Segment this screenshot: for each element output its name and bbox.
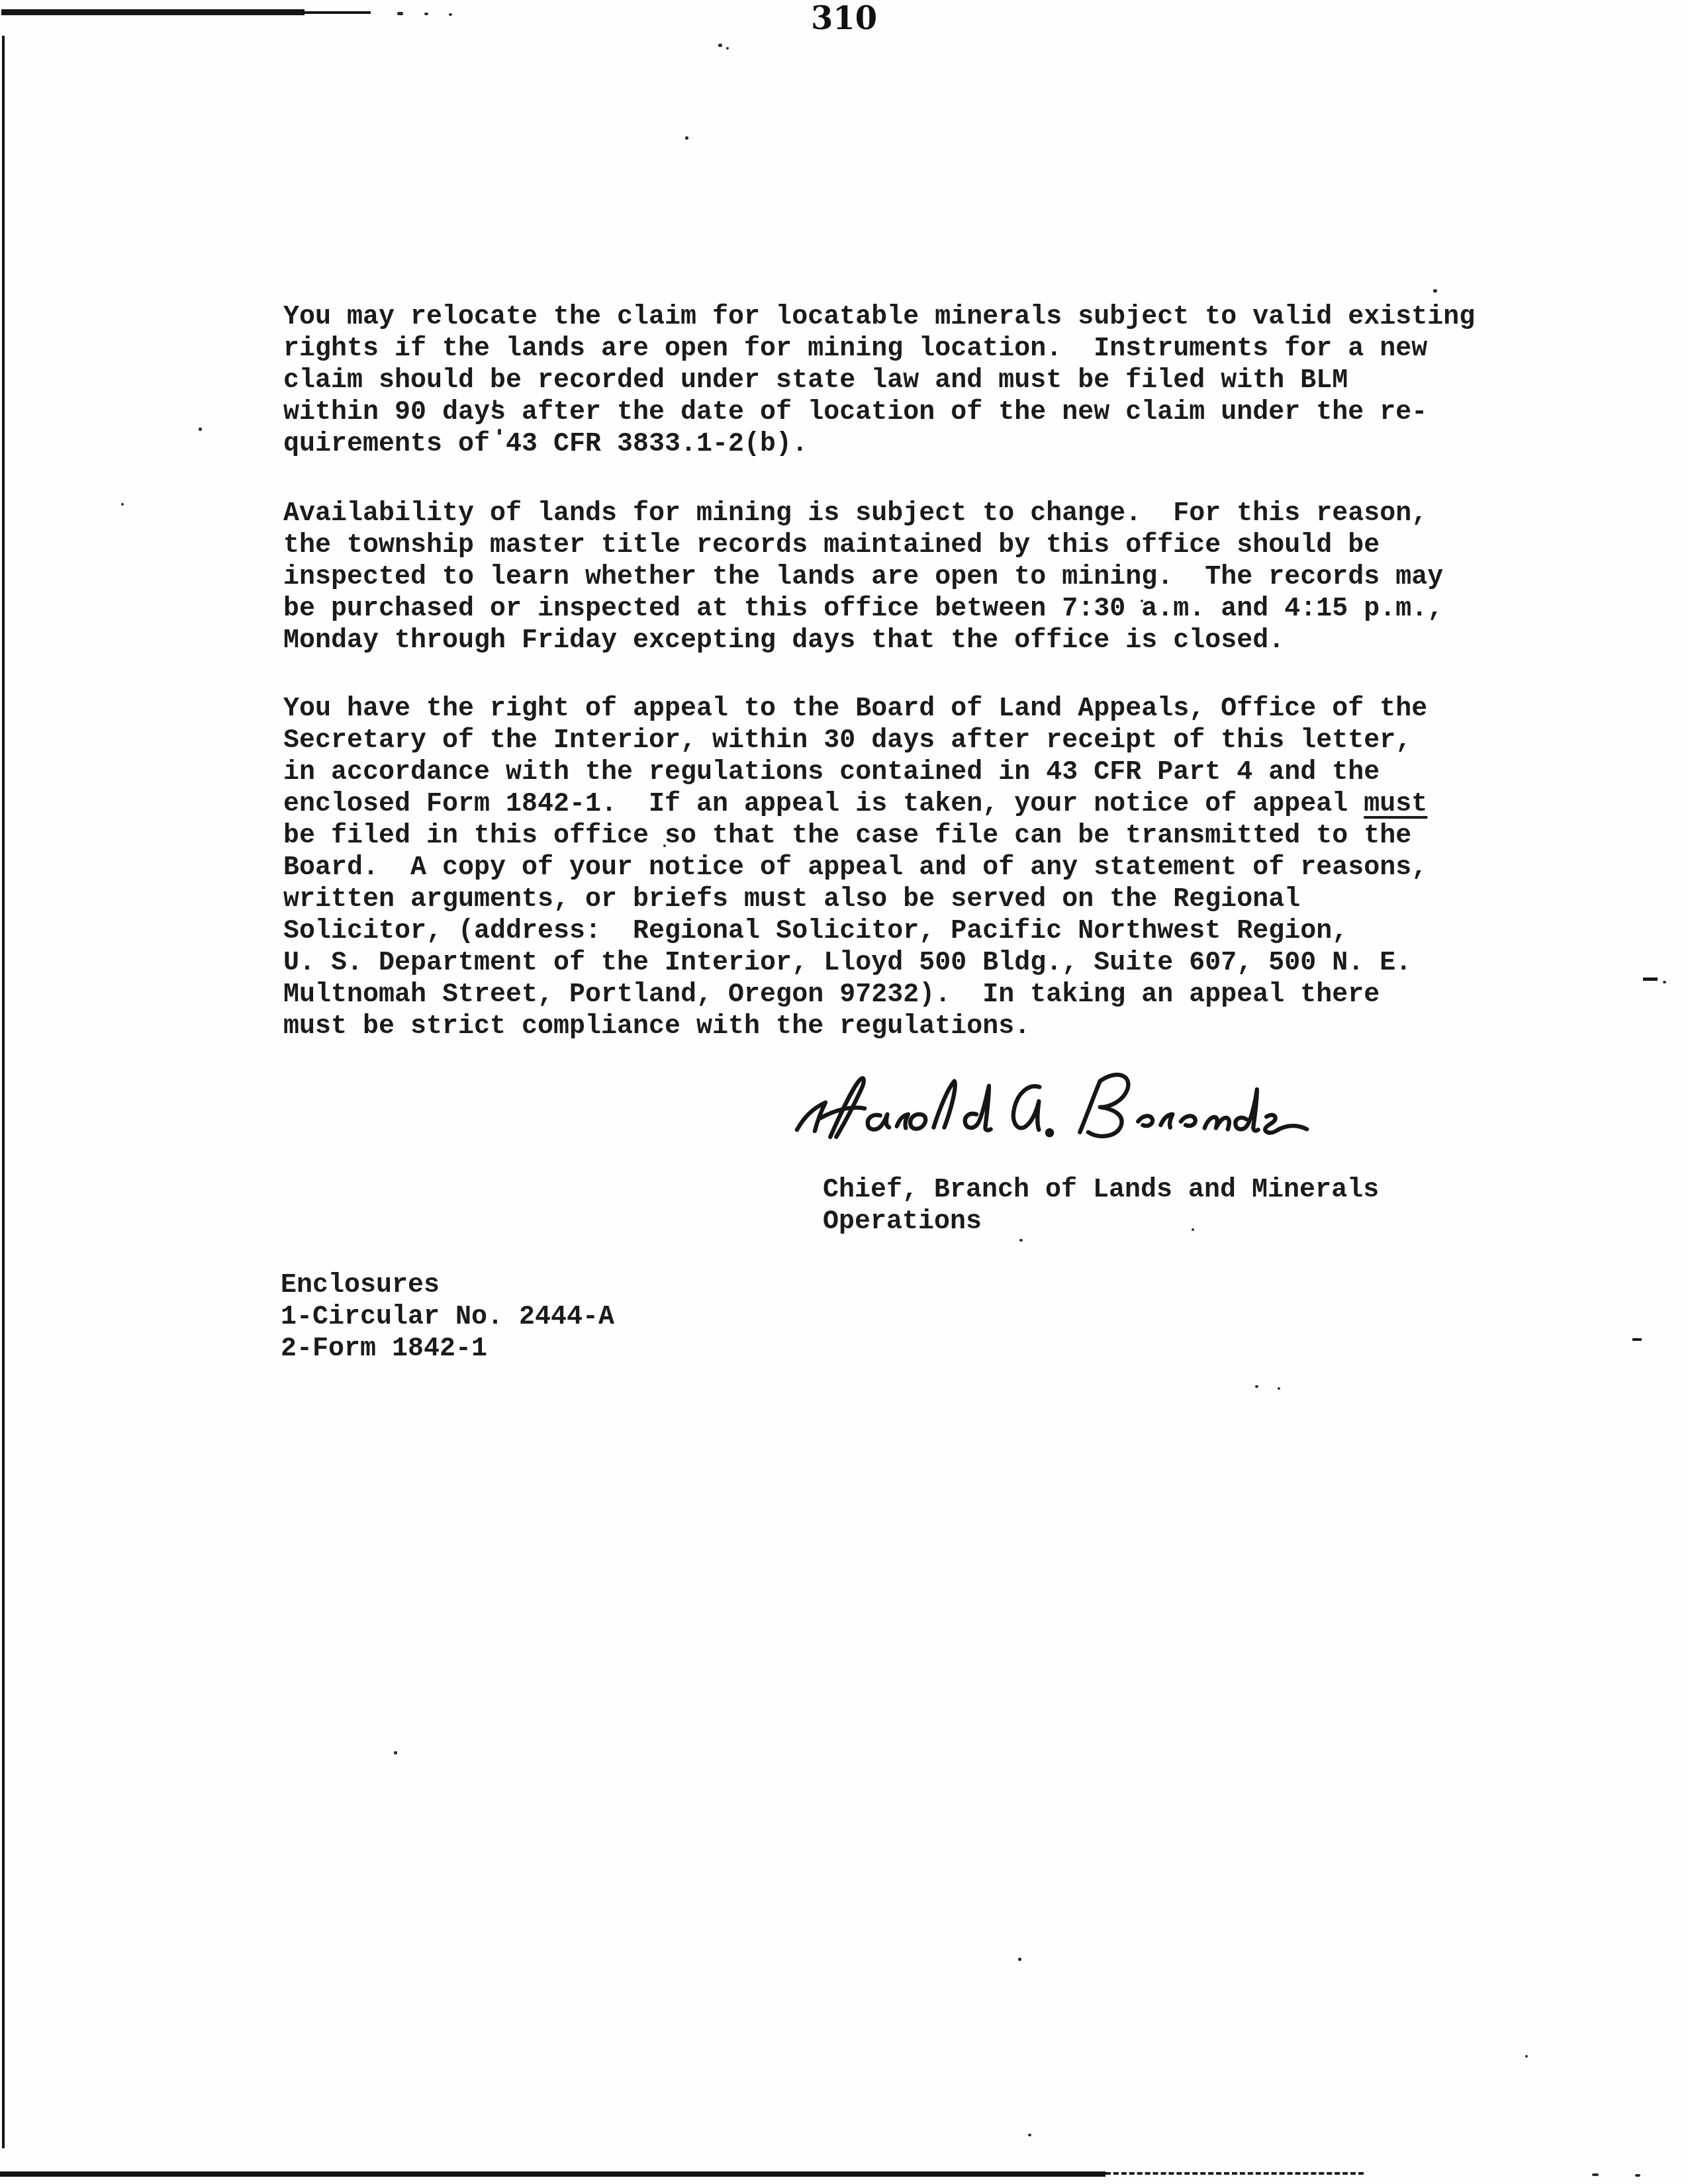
page-number: 310 (0, 0, 1688, 37)
scan-edge-bottom-line-dashed (1105, 2172, 1364, 2175)
signature-handwriting (791, 1056, 1314, 1152)
signature-stroke (791, 1056, 1314, 1152)
scan-speck (394, 1751, 397, 1754)
scan-speck (1255, 1385, 1258, 1388)
letter-line: Availability of lands for mining is subj… (283, 498, 1443, 530)
letter-line-with-underline: enclosed Form 1842-1. If an appeal is ta… (283, 789, 1427, 821)
enclosure-item: 1-Circular No. 2444-A (281, 1302, 614, 1334)
letter-line: quirements of 43 CFR 3833.1-2(b). (283, 429, 1475, 461)
signature-title-block: Chief, Branch of Lands and Minerals Oper… (823, 1175, 1379, 1238)
scan-speck (1278, 1387, 1280, 1390)
scan-dash (1632, 1338, 1642, 1341)
underlined-word-must: must (1364, 790, 1427, 819)
scan-speck (199, 428, 202, 431)
letter-line: Solicitor, (address: Regional Solicitor,… (283, 916, 1427, 948)
scan-dash-right-margin (1643, 978, 1658, 981)
scan-speck (1019, 1239, 1023, 1242)
scan-speck (726, 47, 729, 50)
scan-speck (1525, 2055, 1528, 2058)
paragraph-appeal-rights: You have the right of appeal to the Boar… (283, 694, 1427, 1043)
enclosures-block: Enclosures 1-Circular No. 2444-A 2-Form … (281, 1270, 614, 1365)
letter-line: the township master title records mainta… (283, 530, 1443, 562)
letter-line: U. S. Department of the Interior, Lloyd … (283, 948, 1427, 979)
scan-edge-bottom-line (0, 2171, 1105, 2177)
paragraph-availability: Availability of lands for mining is subj… (283, 498, 1443, 657)
enclosure-item: 2-Form 1842-1 (281, 1334, 614, 1365)
letter-line: You have the right of appeal to the Boar… (283, 694, 1427, 725)
scan-speck (1018, 1958, 1021, 1961)
enclosures-heading: Enclosures (281, 1270, 614, 1302)
scan-speck (685, 136, 688, 140)
line-text: enclosed Form 1842-1. If an appeal is ta… (283, 790, 1364, 819)
letter-line: within 90 days after the date of locatio… (283, 397, 1475, 429)
scan-edge-left-line (2, 36, 5, 2148)
letter-line: be filed in this office so that the case… (283, 821, 1427, 852)
scan-speck (1028, 2134, 1031, 2136)
scan-speck (121, 503, 124, 506)
paragraph-relocation: You may relocate the claim for locatable… (283, 302, 1475, 461)
letter-line: Board. A copy of your notice of appeal a… (283, 852, 1427, 884)
letter-line: Multnomah Street, Portland, Oregon 97232… (283, 979, 1427, 1011)
letter-line: must be strict compliance with the regul… (283, 1011, 1427, 1043)
scan-speck (1433, 289, 1437, 293)
letter-line: rights if the lands are open for mining … (283, 334, 1475, 365)
letter-line: inspected to learn whether the lands are… (283, 562, 1443, 594)
letter-line: in accordance with the regulations conta… (283, 757, 1427, 789)
scan-speck (1592, 2173, 1599, 2176)
letter-line: Secretary of the Interior, within 30 day… (283, 725, 1427, 757)
scan-speck (718, 44, 722, 47)
scan-speck (1635, 2174, 1640, 2177)
letter-line: claim should be recorded under state law… (283, 365, 1475, 397)
scan-speck (1663, 981, 1666, 983)
letter-line: written arguments, or briefs must also b… (283, 884, 1427, 916)
signer-title-line: Operations (823, 1206, 1379, 1238)
letter-line: You may relocate the claim for locatable… (283, 302, 1475, 334)
signer-title-line: Chief, Branch of Lands and Minerals (823, 1175, 1379, 1206)
letter-line: be purchased or inspected at this office… (283, 594, 1443, 625)
letter-line: Monday through Friday excepting days tha… (283, 625, 1443, 657)
